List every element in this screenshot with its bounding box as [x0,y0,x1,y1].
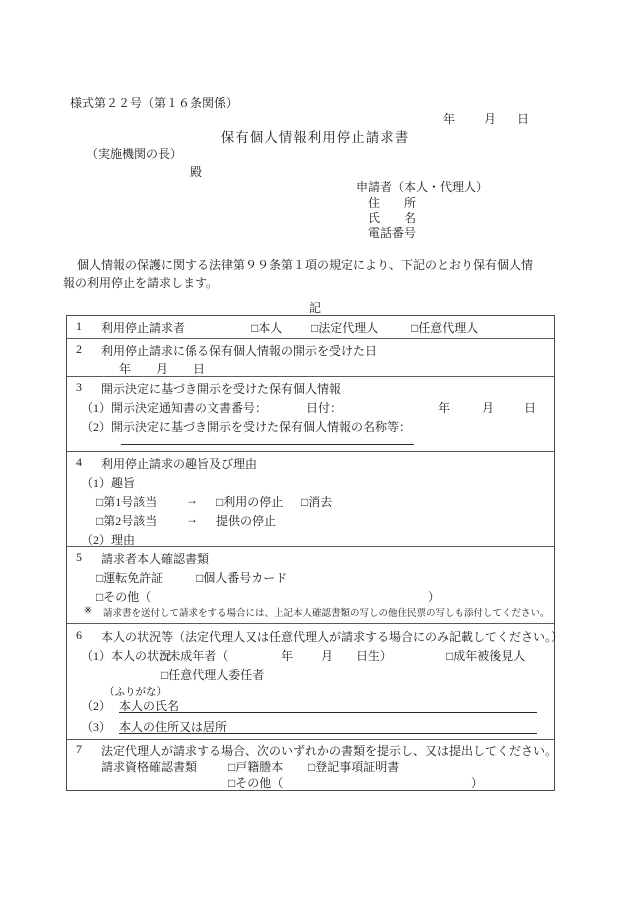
row-title: 利用停止請求の趣旨及び理由 [101,455,257,472]
document-page: 様式第２２号（第１６条関係） 年 月 日 保有個人情報利用停止請求書 （実施機関… [0,0,630,903]
row-title: 開示決定に基づき開示を受けた保有個人情報 [101,380,341,397]
checkbox-erasure[interactable]: □消去 [301,493,332,510]
month-label: 月 [484,110,496,127]
intro-line-2: 報の利用停止を請求します。 [63,274,218,291]
row-number: 5 [76,550,82,565]
doc-number-label: （1）開示決定通知書の文書番号： [81,399,267,416]
table-row-6: 6 本人の状況等（法定代理人又は任意代理人が請求する場合にのみ記載してください。… [67,623,554,739]
checkbox-item2-applicable[interactable]: □第2号該当 [96,512,157,529]
person-address-label: 本人の住所又は居所 [119,720,227,734]
checkbox-voluntary-delegator[interactable]: □任意代理人委任者 [161,666,264,683]
year-label: 年 [443,110,455,127]
purpose-label: （1）趣旨 [81,474,135,491]
row-number: 7 [76,742,82,757]
row-number: 1 [76,319,82,334]
checkbox-legal-representative[interactable]: □法定代理人 [311,319,378,336]
item-3-marker: （3） [81,718,111,735]
checkbox-minor[interactable]: □未成年者（ [161,647,228,664]
table-row-5: 5 請求者本人確認書類 □運転免許証 □個人番号カード □その他（ ） ※ 請求… [67,546,554,623]
row-title: 利用停止請求に係る保有個人情報の開示を受けた日 [101,342,377,359]
form-table: 1 利用停止請求者 □本人 □法定代理人 □任意代理人 2 利用停止請求に係る保… [66,315,555,791]
honorific-label: 殿 [190,163,202,180]
person-address-field[interactable]: 本人の住所又は居所 [119,718,537,734]
page-title: 保有個人情報利用停止請求書 [0,126,630,146]
table-row-1: 1 利用停止請求者 □本人 □法定代理人 □任意代理人 [67,316,554,338]
arrow-icon: → [186,512,198,527]
qualification-docs-label: 請求資格確認書類 [101,758,197,775]
item-2-marker: （2） [81,697,111,714]
checkbox-other-document[interactable]: □その他（ [228,774,283,791]
checkbox-other-document[interactable]: □その他（ [96,588,151,605]
table-row-4: 4 利用停止請求の趣旨及び理由 （1）趣旨 □第1号該当 → □利用の停止 □消… [67,451,554,546]
row-title: 法定代理人が請求する場合、次のいずれかの書類を提示し、又は提出してください。 [101,742,557,759]
year-label: 年 [281,647,293,664]
arrow-icon: → [186,493,198,508]
day-label: 日 [524,399,536,416]
year-label: 年 [119,360,131,377]
applicant-phone-label: 電話番号 [368,224,416,241]
note-mark: ※ [84,605,92,616]
close-paren: ） [428,588,440,605]
blank-underline-field[interactable] [121,429,414,445]
row-number: 6 [76,628,82,643]
row-title: 本人の状況等（法定代理人又は任意代理人が請求する場合にのみ記載してください。） [101,628,563,645]
person-name-label: 本人の氏名 [119,699,179,713]
table-row-3: 3 開示決定に基づき開示を受けた保有個人情報 （1）開示決定通知書の文書番号： … [67,376,554,451]
checkbox-self[interactable]: □本人 [251,319,282,336]
day-label: 日 [517,110,529,127]
note-text: 請求書を送付して請求をする場合には、上記本人確認書類の写しの他住民票の写しも添付… [103,605,550,619]
intro-line-1: 個人情報の保護に関する法律第９９条第１項の規定により、下記のとおり保有個人情 [77,256,533,273]
row-title: 利用停止請求者 [101,319,185,336]
date-label: 日付： [306,399,342,416]
close-paren: ） [471,774,483,791]
person-status-label: （1）本人の状況 [81,647,171,664]
checkbox-stop-use[interactable]: □利用の停止 [216,493,283,510]
row-number: 4 [76,455,82,470]
provision-stop-label: 提供の停止 [216,512,276,529]
list-marker: 記 [0,299,630,316]
person-name-field[interactable]: 本人の氏名 [119,697,537,713]
year-label: 年 [438,399,450,416]
checkbox-drivers-license[interactable]: □運転免許証 [96,569,163,586]
checkbox-item1-applicable[interactable]: □第1号該当 [96,493,157,510]
row-number: 2 [76,342,82,357]
day-label: 日 [193,360,205,377]
checkbox-mynumber-card[interactable]: □個人番号カード [196,569,287,586]
applicant-label: 申請者（本人・代理人） [356,178,488,195]
month-label: 月 [482,399,494,416]
month-label: 月 [156,360,168,377]
table-row-7: 7 法定代理人が請求する場合、次のいずれかの書類を提示し、又は提出してください。… [67,739,554,790]
row-number: 3 [76,380,82,395]
checkbox-family-register[interactable]: □戸籍謄本 [228,758,283,775]
table-row-2: 2 利用停止請求に係る保有個人情報の開示を受けた日 年 月 日 [67,338,554,376]
birth-day-label: 日生） [356,647,392,664]
checkbox-adult-ward[interactable]: □成年被後見人 [446,647,525,664]
month-label: 月 [321,647,333,664]
checkbox-voluntary-representative[interactable]: □任意代理人 [411,319,478,336]
agency-label: （実施機関の長） [86,145,182,162]
checkbox-registry-certificate[interactable]: □登記事項証明書 [308,758,399,775]
row-title: 請求者本人確認書類 [101,550,209,567]
form-number: 様式第２２号（第１６条関係） [70,94,238,111]
